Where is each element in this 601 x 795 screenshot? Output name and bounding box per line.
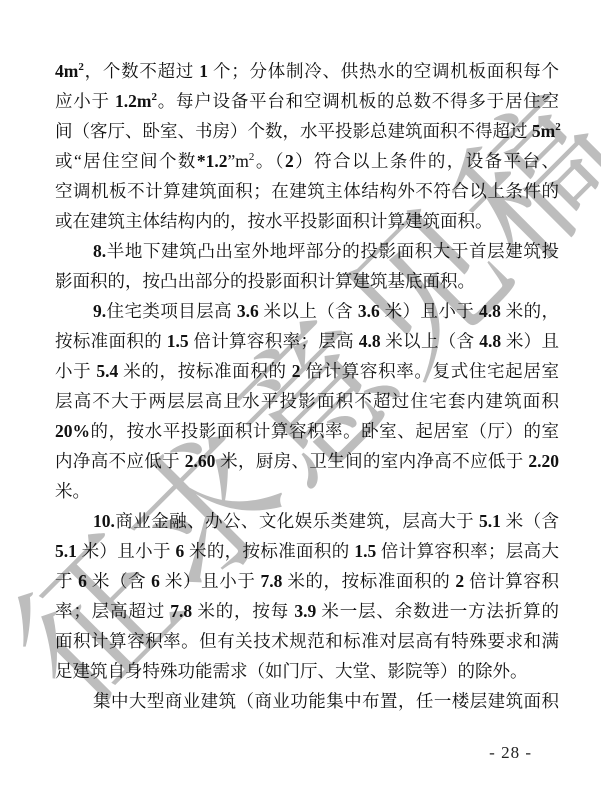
text-segment: 率；层高超过 bbox=[55, 601, 170, 621]
text-segment: 2 bbox=[455, 571, 464, 591]
text-segment: 6 bbox=[78, 571, 87, 591]
text-line: 4m2，个数不超过 1 个；分体制冷、供热水的空调机板面积每个 bbox=[55, 56, 559, 86]
text-segment: 或在建筑主体结构内的，按水平投影面积计算建筑面积。 bbox=[55, 211, 493, 231]
text-segment: 2.60 bbox=[185, 451, 216, 471]
text-segment: 。每户设备平台和空调机板的总数不得多于居住空 bbox=[157, 91, 559, 111]
text-segment: 1.5 bbox=[354, 541, 376, 561]
text-segment: 空调机板不计算建筑面积；在建筑主体结构外不符合以上条件的 bbox=[55, 181, 559, 201]
text-segment: 于 bbox=[55, 571, 78, 591]
text-segment: 住宅类项目层高 bbox=[106, 301, 237, 321]
text-segment: 商业金融、办公、文化娱乐类建筑，层高大于 bbox=[115, 511, 479, 531]
text-segment: ”m bbox=[227, 151, 248, 171]
text-line: 按标准面积的 1.5 倍计算容积率；层高 4.8 米以上（含 4.8 米）且 bbox=[55, 326, 559, 356]
text-segment: 米（含 bbox=[87, 571, 151, 591]
text-segment: 3.6 bbox=[358, 301, 380, 321]
text-segment: 足建筑自身特殊功能需求（如门厅、大堂、影院等）的除外。 bbox=[55, 661, 528, 681]
text-segment: 1 bbox=[199, 61, 208, 81]
document-page: 征求意见稿 4m2，个数不超过 1 个；分体制冷、供热水的空调机板面积每个应小于… bbox=[0, 0, 601, 795]
text-line: 9.住宅类项目层高 3.6 米以上（含 3.6 米）且小于 4.8 米的， bbox=[55, 296, 559, 326]
text-segment: 米一层、余数进一方法折算的 bbox=[316, 601, 559, 621]
text-segment: 4m bbox=[55, 61, 78, 81]
text-segment: 米，厨房、卫生间的室内净高不应低于 bbox=[215, 451, 528, 471]
text-line: 空调机板不计算建筑面积；在建筑主体结构外不符合以上条件的 bbox=[55, 176, 559, 206]
text-segment: 米的，按每 bbox=[192, 601, 294, 621]
text-segment: 米。 bbox=[55, 481, 90, 501]
text-segment: 倍计算容积 bbox=[464, 571, 559, 591]
text-line: 面积计算容积率。但有关技术规范和标准对层高有特殊要求和满 bbox=[55, 626, 559, 656]
text-line: 5.1 米）且小于 6 米的，按标准面积的 1.5 倍计算容积率；层高大 bbox=[55, 536, 559, 566]
text-segment: 5m bbox=[532, 121, 555, 141]
text-line: 小于 5.4 米的，按标准面积的 2 倍计算容积率。复式住宅起居室 bbox=[55, 356, 559, 386]
text-segment: 倍计算容积率。复式住宅起居室 bbox=[300, 361, 559, 381]
text-line: 于 6 米（含 6 米）且小于 7.8 米的，按标准面积的 2 倍计算容积 bbox=[55, 566, 559, 596]
text-segment: 5.1 bbox=[55, 541, 77, 561]
text-segment: 间（客厅、卧室、书房）个数，水平投影总建筑面积不得超过 bbox=[55, 121, 532, 141]
text-segment: 个；分体制冷、供热水的空调机板面积每个 bbox=[208, 61, 559, 81]
text-segment: 米）且小于 bbox=[160, 571, 261, 591]
text-segment: 米以上（含 bbox=[381, 331, 480, 351]
text-segment: 米（含 bbox=[501, 511, 559, 531]
text-segment: 米）且 bbox=[501, 331, 559, 351]
text-segment: 4.8 bbox=[479, 301, 501, 321]
text-segment: *1.2 bbox=[197, 151, 228, 171]
text-line: 足建筑自身特殊功能需求（如门厅、大堂、影院等）的除外。 bbox=[55, 656, 559, 686]
text-segment: 5.1 bbox=[479, 511, 501, 531]
text-segment: 4.8 bbox=[479, 331, 501, 351]
page-number: - 28 - bbox=[489, 743, 532, 763]
text-segment: 3.9 bbox=[294, 601, 316, 621]
text-segment: 或“居住空间个数 bbox=[55, 151, 197, 171]
text-segment: 集中大型商业建筑（商业功能集中布置，任一楼层建筑面积 bbox=[93, 691, 559, 711]
text-segment: 6 bbox=[151, 571, 160, 591]
text-line: 或“居住空间个数*1.2”m2。（2）符合以上条件的，设备平台、 bbox=[55, 146, 559, 176]
text-line: 影面积的，按凸出部分的投影面积计算建筑基底面积。 bbox=[55, 266, 559, 296]
text-segment: 米的，按标准面积的 bbox=[118, 361, 291, 381]
text-segment: 4.8 bbox=[359, 331, 381, 351]
text-segment: 米的，按标准面积的 bbox=[282, 571, 455, 591]
text-segment: 5.4 bbox=[96, 361, 118, 381]
text-segment: 1.5 bbox=[167, 331, 189, 351]
text-segment: 的，按水平投影面积计算容积率。卧室、起居室（厅）的室 bbox=[90, 421, 559, 441]
text-segment: 2 bbox=[249, 151, 255, 163]
text-segment: 。（ bbox=[254, 151, 285, 171]
text-segment: 20% bbox=[55, 421, 90, 441]
text-segment: 7.8 bbox=[260, 571, 282, 591]
text-segment: 内净高不应低于 bbox=[55, 451, 185, 471]
text-segment: 小于 bbox=[55, 361, 96, 381]
text-segment: 米以上（含 bbox=[259, 301, 358, 321]
text-segment: 半地下建筑凸出室外地坪部分的投影面积大于首层建筑投 bbox=[106, 241, 559, 261]
text-segment: ，个数不超过 bbox=[84, 61, 199, 81]
text-line: 率；层高超过 7.8 米的，按每 3.9 米一层、余数进一方法折算的 bbox=[55, 596, 559, 626]
text-segment: 2 bbox=[151, 91, 157, 103]
text-line: 集中大型商业建筑（商业功能集中布置，任一楼层建筑面积 bbox=[55, 686, 559, 716]
text-segment: 2 bbox=[285, 151, 294, 171]
text-segment: 米）且小于 bbox=[380, 301, 479, 321]
text-line: 10.商业金融、办公、文化娱乐类建筑，层高大于 5.1 米（含 bbox=[55, 506, 559, 536]
text-segment: 米）且小于 bbox=[77, 541, 176, 561]
text-segment: 7.8 bbox=[170, 601, 192, 621]
text-segment: 层高不大于两层层高且水平投影面积不超过住宅套内建筑面积 bbox=[55, 391, 559, 411]
text-segment: 10. bbox=[93, 511, 115, 531]
document-body: 4m2，个数不超过 1 个；分体制冷、供热水的空调机板面积每个应小于 1.2m2… bbox=[55, 56, 559, 716]
text-segment: 影面积的，按凸出部分的投影面积计算建筑基底面积。 bbox=[55, 271, 475, 291]
text-segment: 2 bbox=[555, 121, 561, 133]
text-line: 内净高不应低于 2.60 米，厨房、卫生间的室内净高不应低于 2.20 bbox=[55, 446, 559, 476]
text-segment: 面积计算容积率。但有关技术规范和标准对层高有特殊要求和满 bbox=[55, 631, 559, 651]
text-line: 20%的，按水平投影面积计算容积率。卧室、起居室（厅）的室 bbox=[55, 416, 559, 446]
text-segment: 米的， bbox=[501, 301, 559, 321]
text-segment: 应小于 bbox=[55, 91, 115, 111]
text-segment: 6 bbox=[176, 541, 185, 561]
text-line: 应小于 1.2m2。每户设备平台和空调机板的总数不得多于居住空 bbox=[55, 86, 559, 116]
text-segment: ）符合以上条件的，设备平台、 bbox=[294, 151, 559, 171]
text-line: 米。 bbox=[55, 476, 559, 506]
text-line: 间（客厅、卧室、书房）个数，水平投影总建筑面积不得超过 5m2 bbox=[55, 116, 559, 146]
text-line: 或在建筑主体结构内的，按水平投影面积计算建筑面积。 bbox=[55, 206, 559, 236]
text-line: 层高不大于两层层高且水平投影面积不超过住宅套内建筑面积 bbox=[55, 386, 559, 416]
text-line: 8.半地下建筑凸出室外地坪部分的投影面积大于首层建筑投 bbox=[55, 236, 559, 266]
text-segment: 米的，按标准面积的 bbox=[184, 541, 354, 561]
text-segment: 2 bbox=[78, 61, 84, 73]
text-segment: 按标准面积的 bbox=[55, 331, 167, 351]
text-segment: 8. bbox=[93, 241, 106, 261]
text-segment: 倍计算容积率；层高大 bbox=[376, 541, 559, 561]
text-segment: 9. bbox=[93, 301, 106, 321]
text-segment: 1.2m bbox=[115, 91, 151, 111]
text-segment: 倍计算容积率；层高 bbox=[189, 331, 359, 351]
text-segment: 3.6 bbox=[237, 301, 259, 321]
text-segment: 2.20 bbox=[528, 451, 559, 471]
